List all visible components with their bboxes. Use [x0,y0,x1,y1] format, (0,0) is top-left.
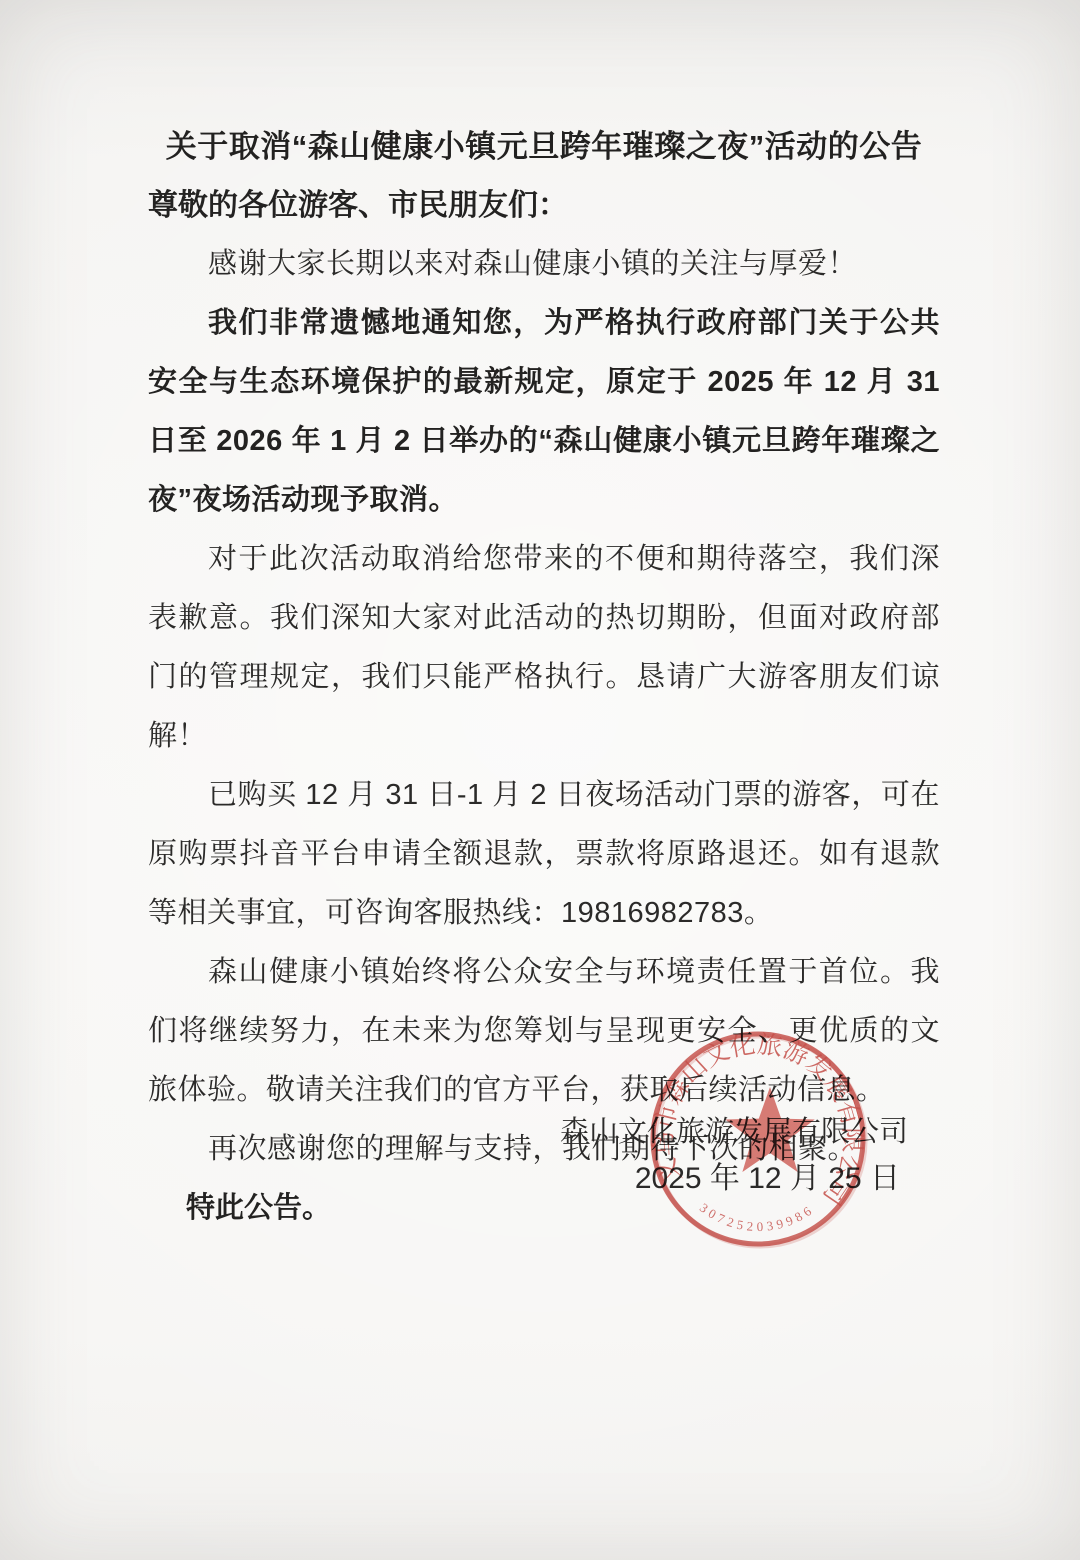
paragraph-refund-info: 已购买 12 月 31 日-1 月 2 日夜场活动门票的游客，可在原购票抖音平台… [148,766,940,943]
signature-date: 2025 年 12 月 25 日 [148,1156,900,1202]
paragraph-thanks: 感谢大家长期以来对森山健康小镇的关注与厚爱！ [148,235,940,294]
paragraph-future-commitment: 森山健康小镇始终将公众安全与环境责任置于首位。我们将继续努力，在未来为您筹划与呈… [148,943,940,1120]
signature-block: 森山文化旅游发展有限公司 2025 年 12 月 25 日 [148,1108,940,1202]
paragraph-apology: 对于此次活动取消给您带来的不便和期待落空，我们深表歉意。我们深知大家对此活动的热… [148,530,940,766]
document-body: 关于取消“森山健康小镇元旦跨年璀璨之夜”活动的公告 尊敬的各位游客、市民朋友们：… [148,118,940,1238]
paragraph-cancellation-notice: 我们非常遗憾地通知您，为严格执行政府部门关于公共安全与生态环境保护的最新规定，原… [148,294,940,530]
document-title: 关于取消“森山健康小镇元旦跨年璀璨之夜”活动的公告 [148,118,940,176]
document-page: 关于取消“森山健康小镇元旦跨年璀璨之夜”活动的公告 尊敬的各位游客、市民朋友们：… [0,0,1080,1560]
signature-company-name: 森山文化旅游发展有限公司 [148,1108,908,1156]
salutation-line: 尊敬的各位游客、市民朋友们： [148,176,940,235]
